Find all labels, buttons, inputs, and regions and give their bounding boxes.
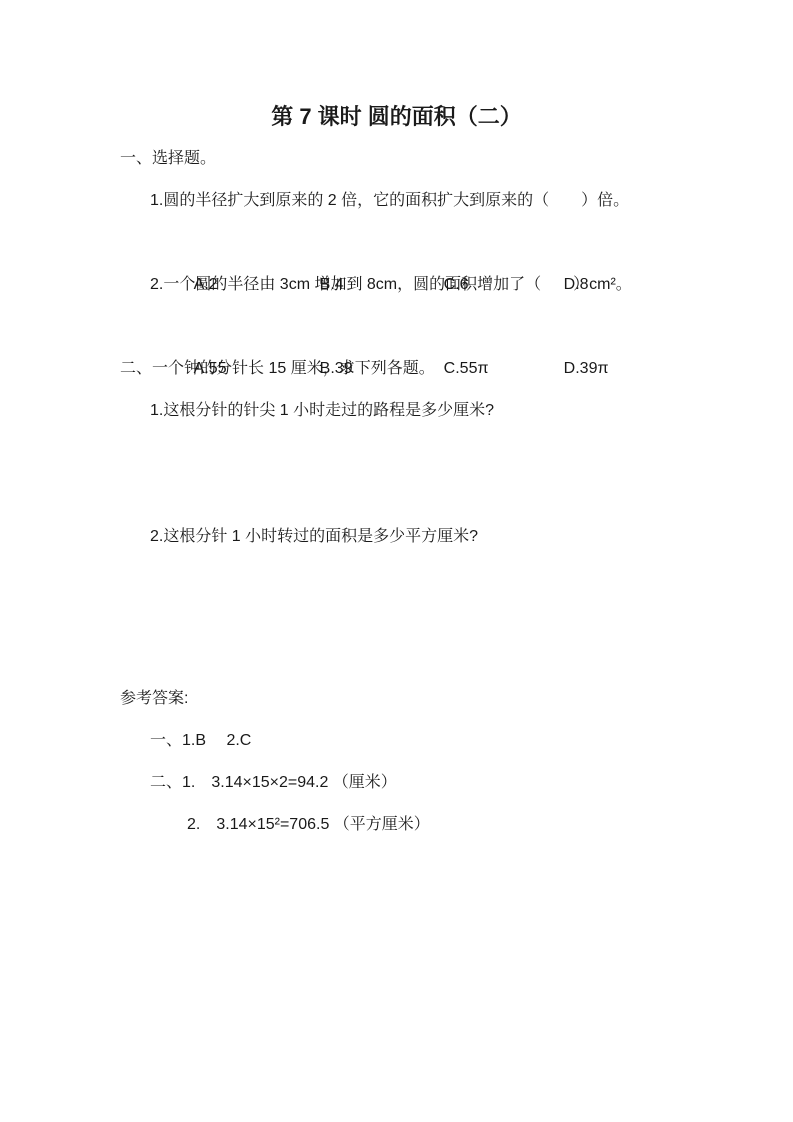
answer-section2-part1: 二、1. 3.14×15×2=94.2 （厘米） xyxy=(0,762,793,804)
section2-question2: 2.这根分针 1 小时转过的面积是多少平方厘米? xyxy=(0,516,793,558)
worksheet-page: 第 7 课时 圆的面积（二） 一、选择题。 1.圆的半径扩大到原来的 2 倍，它… xyxy=(0,0,793,1122)
answer-section1: 一、1.B 2.C xyxy=(0,720,793,762)
worksheet-content: 第 7 课时 圆的面积（二） 一、选择题。 1.圆的半径扩大到原来的 2 倍，它… xyxy=(0,0,793,846)
answer-section2-part2: 2. 3.14×15²=706.5 （平方厘米） xyxy=(0,804,793,846)
section1-q2-options: A.55B.39C.55πD.39π xyxy=(0,306,793,348)
section1-q2-option-d: D.39π xyxy=(564,348,609,390)
work-space-2 xyxy=(0,558,793,678)
section1-heading: 一、选择题。 xyxy=(0,138,793,180)
section2-heading: 二、一个钟的分针长 15 厘米，求下列各题。 xyxy=(0,348,793,390)
work-space-1 xyxy=(0,432,793,516)
answers-heading: 参考答案: xyxy=(0,678,793,720)
section1-q2-option-c: C.55π xyxy=(444,348,564,390)
section2-question1: 1.这根分针的针尖 1 小时走过的路程是多少厘米? xyxy=(0,390,793,432)
worksheet-title: 第 7 课时 圆的面积（二） xyxy=(0,96,793,138)
section1-question2: 2.一个圆的半径由 3cm 增加到 8cm，圆的面积增加了（ ）cm²。 xyxy=(0,264,793,306)
section1-q1-options: A.2B.4C.6D.8 xyxy=(0,222,793,264)
section1-question1: 1.圆的半径扩大到原来的 2 倍，它的面积扩大到原来的（ ）倍。 xyxy=(0,180,793,222)
